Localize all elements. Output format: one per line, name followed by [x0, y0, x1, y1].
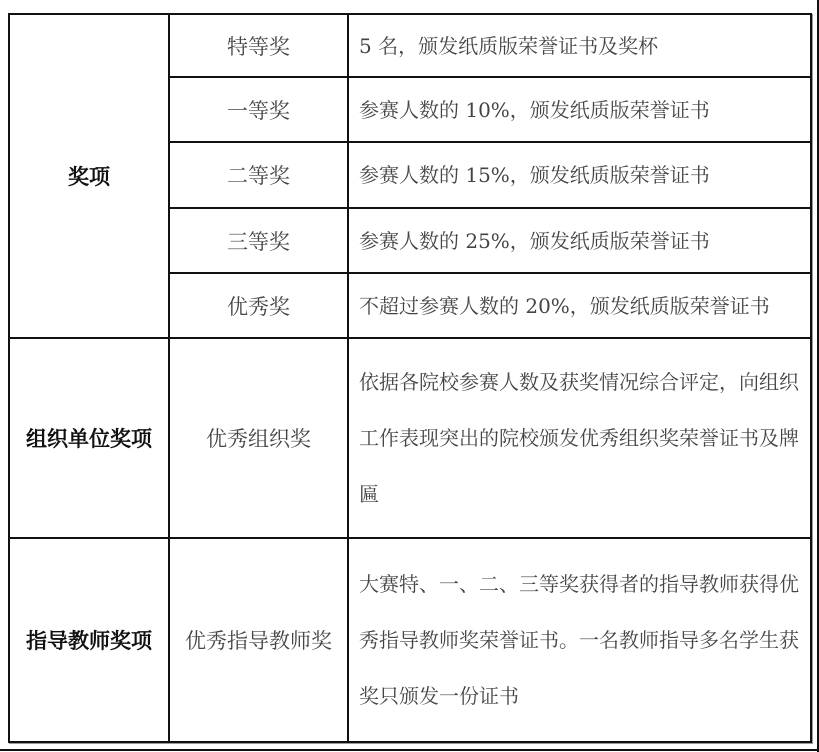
awards-table: 奖项 特等奖 5 名，颁发纸质版荣誉证书及奖杯 一等奖 参赛人数的 10%，颁发… — [8, 13, 812, 743]
award-description-cell: 参赛人数的 15%，颁发纸质版荣誉证书 — [348, 142, 811, 208]
award-description-cell: 参赛人数的 25%，颁发纸质版荣誉证书 — [348, 208, 811, 273]
category-cell: 组织单位奖项 — [9, 338, 169, 538]
award-name-cell: 优秀奖 — [169, 273, 348, 338]
award-description-cell: 依据各院校参赛人数及获奖情况综合评定，向组织工作表现突出的院校颁发优秀组织奖荣誉… — [348, 338, 811, 538]
page-edge-line — [0, 749, 819, 751]
table-row: 组织单位奖项 优秀组织奖 依据各院校参赛人数及获奖情况综合评定，向组织工作表现突… — [9, 338, 811, 538]
award-description-cell: 大赛特、一、二、三等奖获得者的指导教师获得优秀指导教师奖荣誉证书。一名教师指导多… — [348, 538, 811, 742]
award-description-cell: 不超过参赛人数的 20%，颁发纸质版荣誉证书 — [348, 273, 811, 338]
category-cell: 奖项 — [9, 14, 169, 338]
award-description-cell: 参赛人数的 10%，颁发纸质版荣誉证书 — [348, 77, 811, 142]
award-name-cell: 二等奖 — [169, 142, 348, 208]
award-description-cell: 5 名，颁发纸质版荣誉证书及奖杯 — [348, 14, 811, 77]
award-name-cell: 三等奖 — [169, 208, 348, 273]
award-name-cell: 优秀组织奖 — [169, 338, 348, 538]
table-row: 奖项 特等奖 5 名，颁发纸质版荣誉证书及奖杯 — [9, 14, 811, 77]
award-name-cell: 一等奖 — [169, 77, 348, 142]
award-name-cell: 特等奖 — [169, 14, 348, 77]
table-row: 指导教师奖项 优秀指导教师奖 大赛特、一、二、三等奖获得者的指导教师获得优秀指导… — [9, 538, 811, 742]
category-cell: 指导教师奖项 — [9, 538, 169, 742]
award-name-cell: 优秀指导教师奖 — [169, 538, 348, 742]
